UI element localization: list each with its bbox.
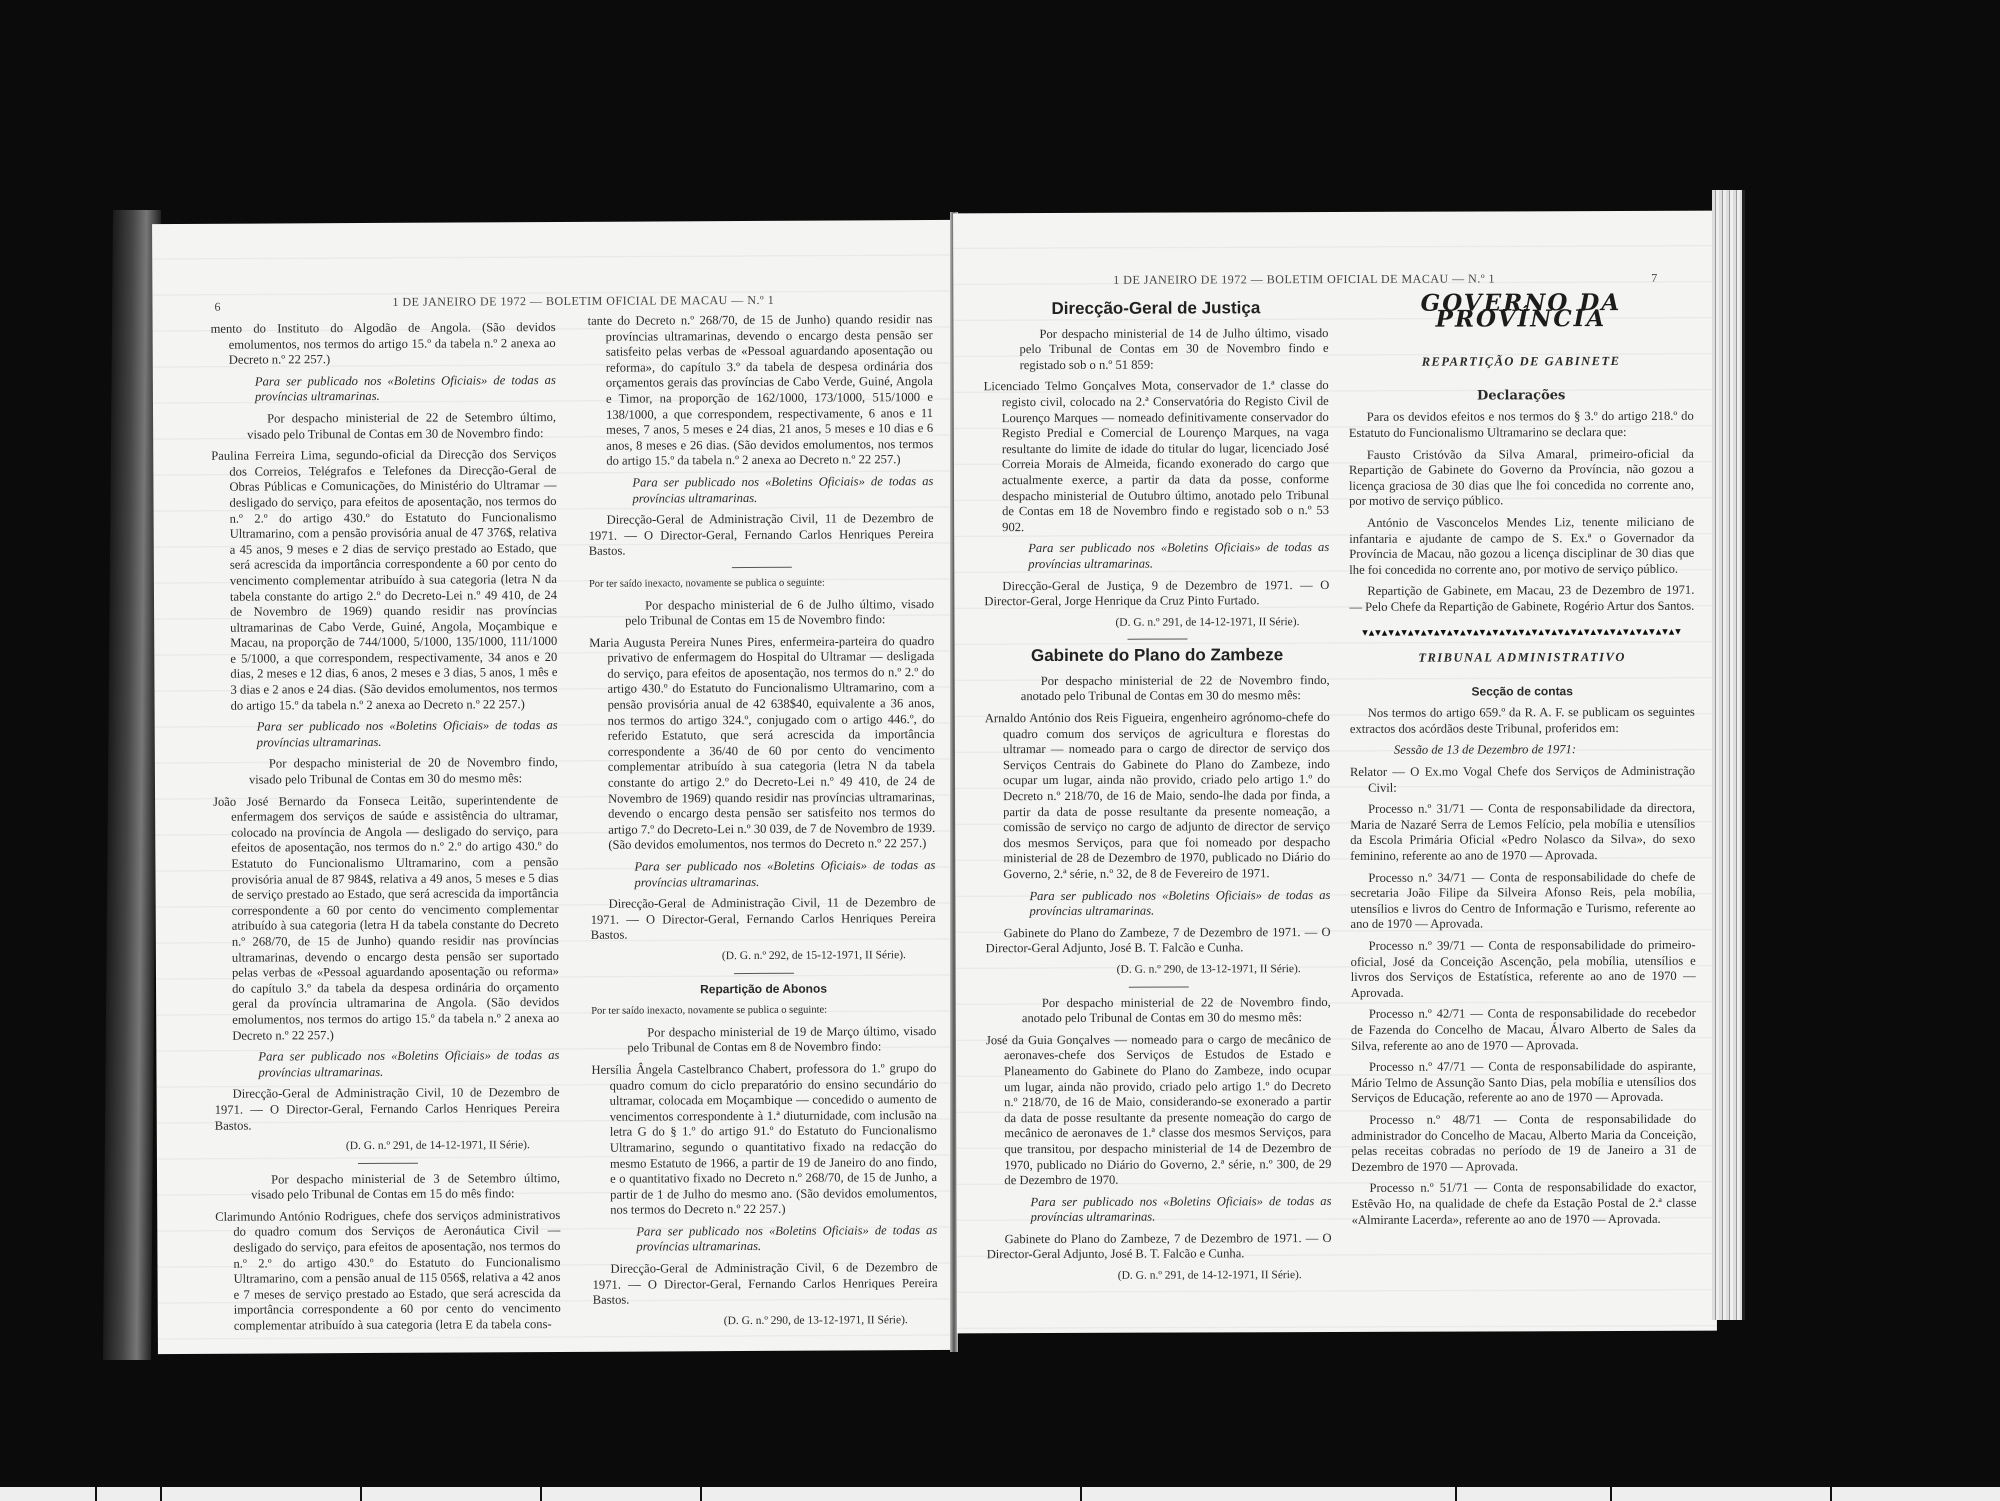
department-heading: Repartição de Gabinete [1349, 354, 1694, 371]
source-citation: (D. G. n.º 291, de 14-12-1971, II Série)… [987, 1268, 1332, 1285]
paragraph: Para os devidos efeitos e nos termos do … [1349, 409, 1694, 441]
divider [1127, 639, 1187, 640]
paragraph: Nos termos do artigo 659.º da R. A. F. s… [1350, 705, 1695, 737]
publication-note: Para ser publicado nos «Boletins Oficiai… [984, 540, 1329, 572]
paragraph: Processo n.º 48/71 — Conta de responsabi… [1351, 1112, 1696, 1176]
paragraph: Processo n.º 31/71 — Conta de responsabi… [1350, 801, 1695, 865]
divider [357, 1162, 417, 1163]
paragraph: Gabinete do Plano do Zambeze, 7 de Dezem… [986, 925, 1331, 957]
paragraph: Direcção-Geral de Administração Civil, 1… [591, 895, 936, 944]
running-head: 1 de Janeiro de 1972 — Boletim Oficial d… [1113, 271, 1495, 287]
source-citation: (D. G. n.º 290, de 13-12-1971, II Série)… [986, 962, 1331, 979]
paragraph: José da Guia Gonçalves — nomeado para o … [986, 1032, 1332, 1189]
source-citation: (D. G. n.º 291, de 14-12-1971, II Série)… [984, 615, 1329, 632]
publication-note: Para ser publicado nos «Boletins Oficiai… [214, 1048, 559, 1081]
publication-note: Para ser publicado nos «Boletins Oficiai… [986, 1194, 1331, 1226]
paragraph: Por despacho ministerial de 3 de Setembr… [215, 1171, 560, 1204]
publication-note: Para ser publicado nos «Boletins Oficiai… [590, 858, 935, 891]
section-heading: Gabinete do Plano do Zambeze [985, 647, 1330, 664]
paragraph: mento do Instituto do Algodão de Angola.… [211, 320, 556, 369]
paragraph: Clarimundo António Rodrigues, chefe dos … [215, 1208, 561, 1335]
scan-ruler-strip [0, 1487, 2000, 1501]
paragraph: Repartição de Gabinete, em Macau, 23 de … [1349, 583, 1694, 615]
left-column-2: tante do Decreto n.º 268/70, de 15 de Ju… [588, 312, 938, 1336]
paragraph: Por despacho ministerial de 22 de Novemb… [985, 673, 1330, 705]
paragraph: Por despacho ministerial de 14 de Julho … [983, 326, 1328, 374]
publication-note: Para ser publicado nos «Boletins Oficiai… [588, 474, 933, 507]
ornamental-divider: ▾▴▾▴▾▴▾▴▾▴▾▴▾▴▾▴▾▴▾▴▾▴▾▴▾▴▾▴▾▴▾▴▾▴▾▴▾▴▾▴… [1349, 624, 1694, 641]
publication-note: Para ser publicado nos «Boletins Oficiai… [211, 373, 556, 406]
paragraph: Gabinete do Plano do Zambeze, 7 de Dezem… [987, 1231, 1332, 1263]
paragraph: Processo n.º 39/71 — Conta de responsabi… [1351, 938, 1696, 1002]
paragraph: Hersília Ângela Castelbranco Chabert, pr… [591, 1061, 937, 1219]
source-citation: (D. G. n.º 290, de 13-12-1971, II Série)… [593, 1313, 938, 1330]
government-title: Governo da Província [1348, 295, 1693, 327]
paragraph: Arnaldo António dos Reis Figueira, engen… [985, 710, 1331, 883]
paragraph: tante do Decreto n.º 268/70, de 15 de Ju… [588, 312, 934, 470]
paragraph: Direcção-Geral de Administração Civil, 1… [589, 511, 934, 560]
publication-note: Para ser publicado nos «Boletins Oficiai… [592, 1223, 937, 1256]
publication-note: Sessão de 13 de Dezembro de 1971: [1350, 742, 1695, 759]
paragraph: Processo n.º 34/71 — Conta de responsabi… [1350, 869, 1695, 933]
paragraph: Processo n.º 42/71 — Conta de responsabi… [1351, 1006, 1696, 1054]
paragraph: Processo n.º 51/71 — Conta de responsabi… [1351, 1180, 1696, 1228]
left-page: 6 1 de Janeiro de 1972 — Boletim Oficial… [152, 220, 958, 1354]
publication-note: Para ser publicado nos «Boletins Oficiai… [213, 718, 558, 751]
paragraph: Por despacho ministerial de 19 de Março … [591, 1024, 936, 1057]
paragraph: Por ter saído inexacto, novamente se pub… [589, 575, 934, 592]
publication-note: Para ser publicado nos «Boletins Oficiai… [985, 888, 1330, 920]
department-heading: Tribunal Administrativo [1350, 650, 1695, 667]
paragraph: Processo n.º 47/71 — Conta de responsabi… [1351, 1059, 1696, 1107]
right-column-1: Direcção-Geral de JustiçaPor despacho mi… [983, 296, 1331, 1291]
paragraph: Direcção-Geral de Administração Civil, 6… [592, 1260, 937, 1309]
paragraph: João José Bernardo da Fonseca Leitão, su… [213, 793, 559, 1044]
paragraph: Por despacho ministerial de 6 de Julho ú… [589, 597, 934, 630]
subsection-heading: Repartição de Abonos [591, 981, 936, 998]
subsection-heading: Secção de contas [1350, 683, 1695, 700]
paragraph: Licenciado Telmo Gonçalves Mota, conserv… [984, 378, 1330, 535]
source-citation: (D. G. n.º 291, de 14-12-1971, II Série)… [215, 1138, 560, 1155]
paragraph: Paulina Ferreira Lima, segundo-oficial d… [211, 447, 557, 714]
paragraph: Por despacho ministerial de 22 de Setemb… [211, 410, 556, 443]
right-column-2: Governo da ProvínciaRepartição de Gabine… [1348, 295, 1696, 1234]
section-heading: Direcção-Geral de Justiça [983, 300, 1328, 317]
paragraph: Por despacho ministerial de 20 de Novemb… [213, 755, 558, 788]
paragraph: Direcção-Geral de Administração Civil, 1… [215, 1085, 560, 1134]
source-citation: (D. G. n.º 292, de 15-12-1971, II Série)… [591, 948, 936, 965]
running-head: 1 de Janeiro de 1972 — Boletim Oficial d… [392, 293, 774, 310]
paragraph: António de Vasconcelos Mendes Liz, tenen… [1349, 515, 1694, 579]
page-stack-edge [1712, 190, 1745, 1320]
divider [733, 972, 793, 973]
paragraph: Relator — O Ex.mo Vogal Chefe dos Serviç… [1350, 764, 1695, 796]
page-number: 7 [1651, 271, 1657, 286]
right-page: 1 de Janeiro de 1972 — Boletim Oficial d… [953, 211, 1717, 1334]
left-column-1: mento do Instituto do Algodão de Angola.… [211, 320, 561, 1340]
paragraph: Direcção-Geral de Justiça, 9 de Dezembro… [984, 578, 1329, 610]
divider [1128, 986, 1188, 987]
page-number: 6 [214, 300, 220, 315]
paragraph: Fausto Cristóvão da Silva Amaral, primei… [1349, 446, 1694, 510]
paragraph: Por ter saído inexacto, novamente se pub… [591, 1002, 936, 1019]
paragraph: Maria Augusta Pereira Nunes Pires, enfer… [589, 634, 935, 854]
divider [731, 567, 791, 568]
paragraph: Por despacho ministerial de 22 de Novemb… [986, 995, 1331, 1027]
subsection-heading: Declarações [1349, 388, 1694, 405]
